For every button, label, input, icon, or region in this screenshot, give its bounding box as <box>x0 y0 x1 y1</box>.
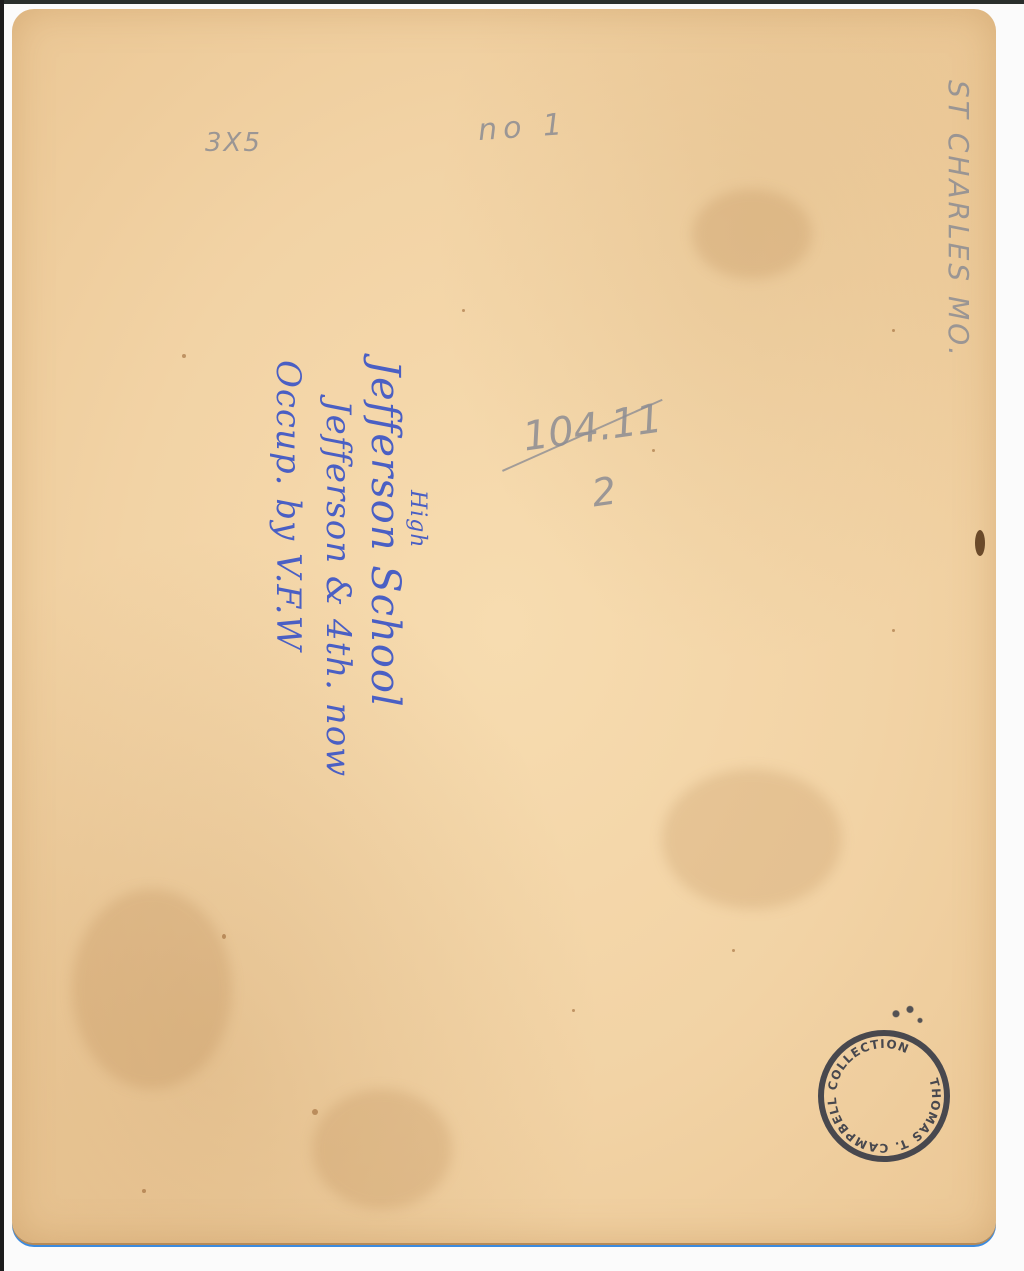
pencil-location-note: ST CHARLES MO. <box>942 80 975 359</box>
ink-line-occupancy: Occup. by V.F.W <box>268 360 308 651</box>
scanner-edge-top <box>0 0 1024 4</box>
foxing-speck <box>892 329 895 332</box>
pencil-size-note: 3X5 <box>205 128 262 158</box>
age-stain <box>692 189 812 279</box>
foxing-speck <box>892 629 895 632</box>
age-stain <box>72 889 232 1089</box>
pencil-number-note: no 1 <box>477 107 569 148</box>
ink-line-high: High <box>405 490 430 548</box>
scanned-document: 3X5 no 1 ST CHARLES MO. 104.11 2 High Je… <box>0 0 1024 1271</box>
ink-line-school-name: Jefferson School <box>362 360 408 708</box>
foxing-speck <box>462 309 465 312</box>
circular-collection-stamp-icon: THOMAS T. CAMPBELL COLLECTION <box>818 1030 950 1162</box>
foxing-speck <box>732 949 735 952</box>
foxing-speck <box>142 1189 146 1193</box>
foxing-speck <box>572 1009 575 1012</box>
foxing-speck <box>312 1109 318 1115</box>
scanner-edge-left <box>0 0 4 1271</box>
foxing-speck <box>222 934 226 939</box>
ink-line-address: Jefferson & 4th. now <box>318 400 358 777</box>
age-stain <box>312 1089 452 1209</box>
age-stain <box>662 769 842 909</box>
foxing-speck <box>652 449 655 452</box>
foxing-speck <box>182 354 186 358</box>
edge-damage-mark <box>975 530 985 556</box>
